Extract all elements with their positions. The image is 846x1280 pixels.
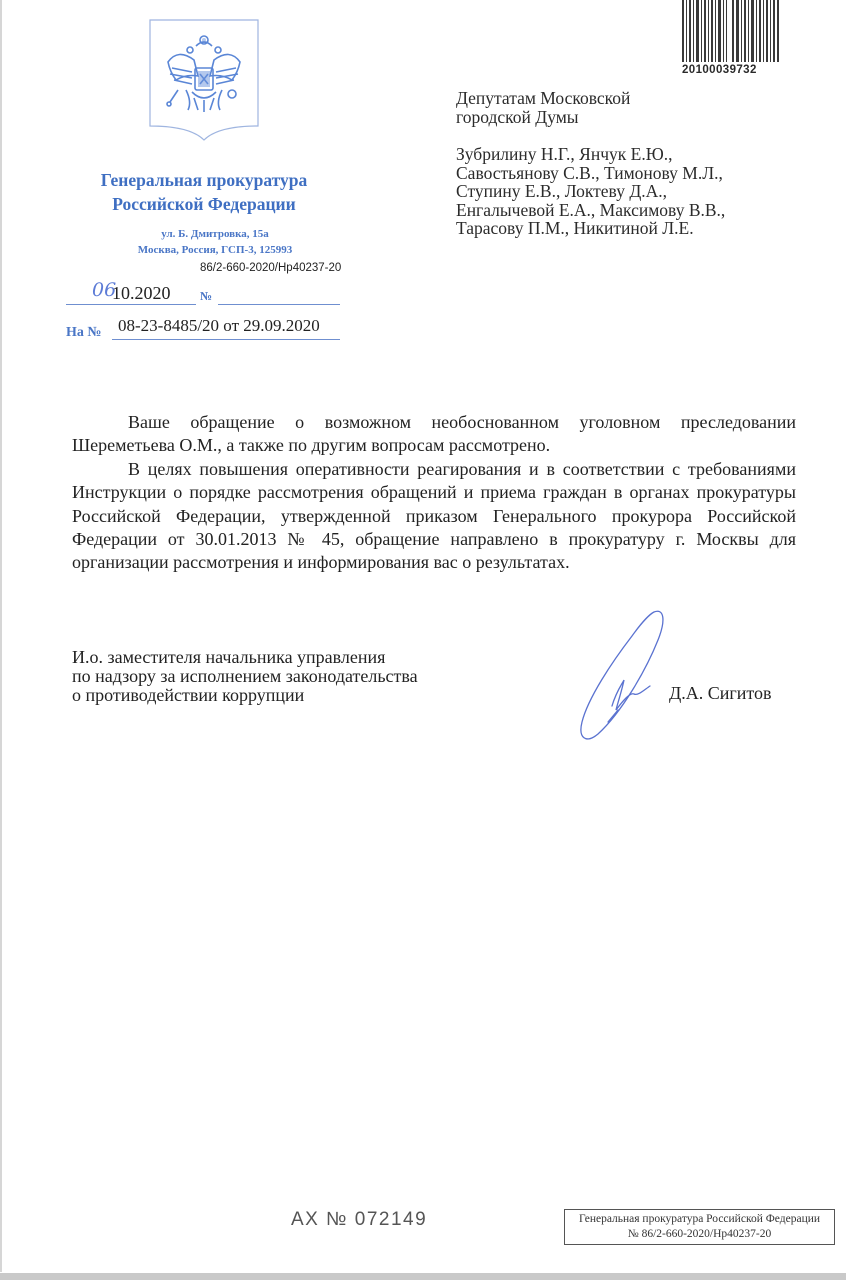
addressee-line: Тарасову П.М., Никитиной Л.Е. xyxy=(456,219,816,238)
document-date: 10.2020 xyxy=(112,283,171,304)
reference-value: 08-23-8485/20 от 29.09.2020 xyxy=(118,316,320,336)
barcode xyxy=(680,0,780,62)
registration-number: 86/2-660-2020/Нр40237-20 xyxy=(200,262,341,274)
stamp-line2: № 86/2-660-2020/Нр40237-20 xyxy=(565,1227,834,1242)
organization-name-line1: Генеральная прокуратура xyxy=(62,168,346,192)
addressee-line: Енгалычевой Е.А., Максимову В.В., xyxy=(456,201,816,220)
number-underline xyxy=(218,282,340,305)
letter-body: Ваше обращение о возможном необоснованно… xyxy=(72,411,796,575)
position-line: о противодействии коррупции xyxy=(72,686,532,705)
stamp-line1: Генеральная прокуратура Российской Федер… xyxy=(565,1212,834,1227)
position-line: И.о. заместителя начальника управления xyxy=(72,648,532,667)
page-bottom-edge xyxy=(0,1273,846,1280)
registration-stamp: Генеральная прокуратура Российской Федер… xyxy=(564,1209,835,1245)
addressee-line: Депутатам Московской xyxy=(456,89,816,108)
addressee-line: Ступину Е.В., Локтеву Д.А., xyxy=(456,182,816,201)
barcode-number: 20100039732 xyxy=(682,64,782,76)
page-edge xyxy=(0,0,2,1272)
addressee-line: городской Думы xyxy=(456,108,816,127)
addressee-line: Савостьянову С.В., Тимонову М.Л., xyxy=(456,164,816,183)
addressee-block: Депутатам Московской городской Думы Зубр… xyxy=(456,89,816,238)
address-line2: Москва, Россия, ГСП-3, 125993 xyxy=(100,242,330,258)
russian-coat-of-arms-emblem-icon xyxy=(148,18,260,142)
signer-name: Д.А. Сигитов xyxy=(669,683,772,704)
blank-serial-number: АХ № 072149 xyxy=(291,1209,427,1231)
body-paragraph-2: В целях повышения оперативности реагиров… xyxy=(72,458,796,575)
reference-label: На № xyxy=(66,325,101,341)
organization-name-line2: Российской Федерации xyxy=(62,192,346,216)
organization-name: Генеральная прокуратура Российской Федер… xyxy=(62,168,346,216)
position-line: по надзору за исполнением законодательст… xyxy=(72,667,532,686)
body-paragraph-1: Ваше обращение о возможном необоснованно… xyxy=(72,411,796,458)
signer-position: И.о. заместителя начальника управления п… xyxy=(72,648,532,705)
addressee-line: Зубрилину Н.Г., Янчук Е.Ю., xyxy=(456,145,816,164)
organization-address: ул. Б. Дмитровка, 15а Москва, Россия, ГС… xyxy=(100,226,330,258)
handwritten-signature xyxy=(572,606,672,746)
number-label: № xyxy=(200,289,212,304)
address-line1: ул. Б. Дмитровка, 15а xyxy=(100,226,330,242)
